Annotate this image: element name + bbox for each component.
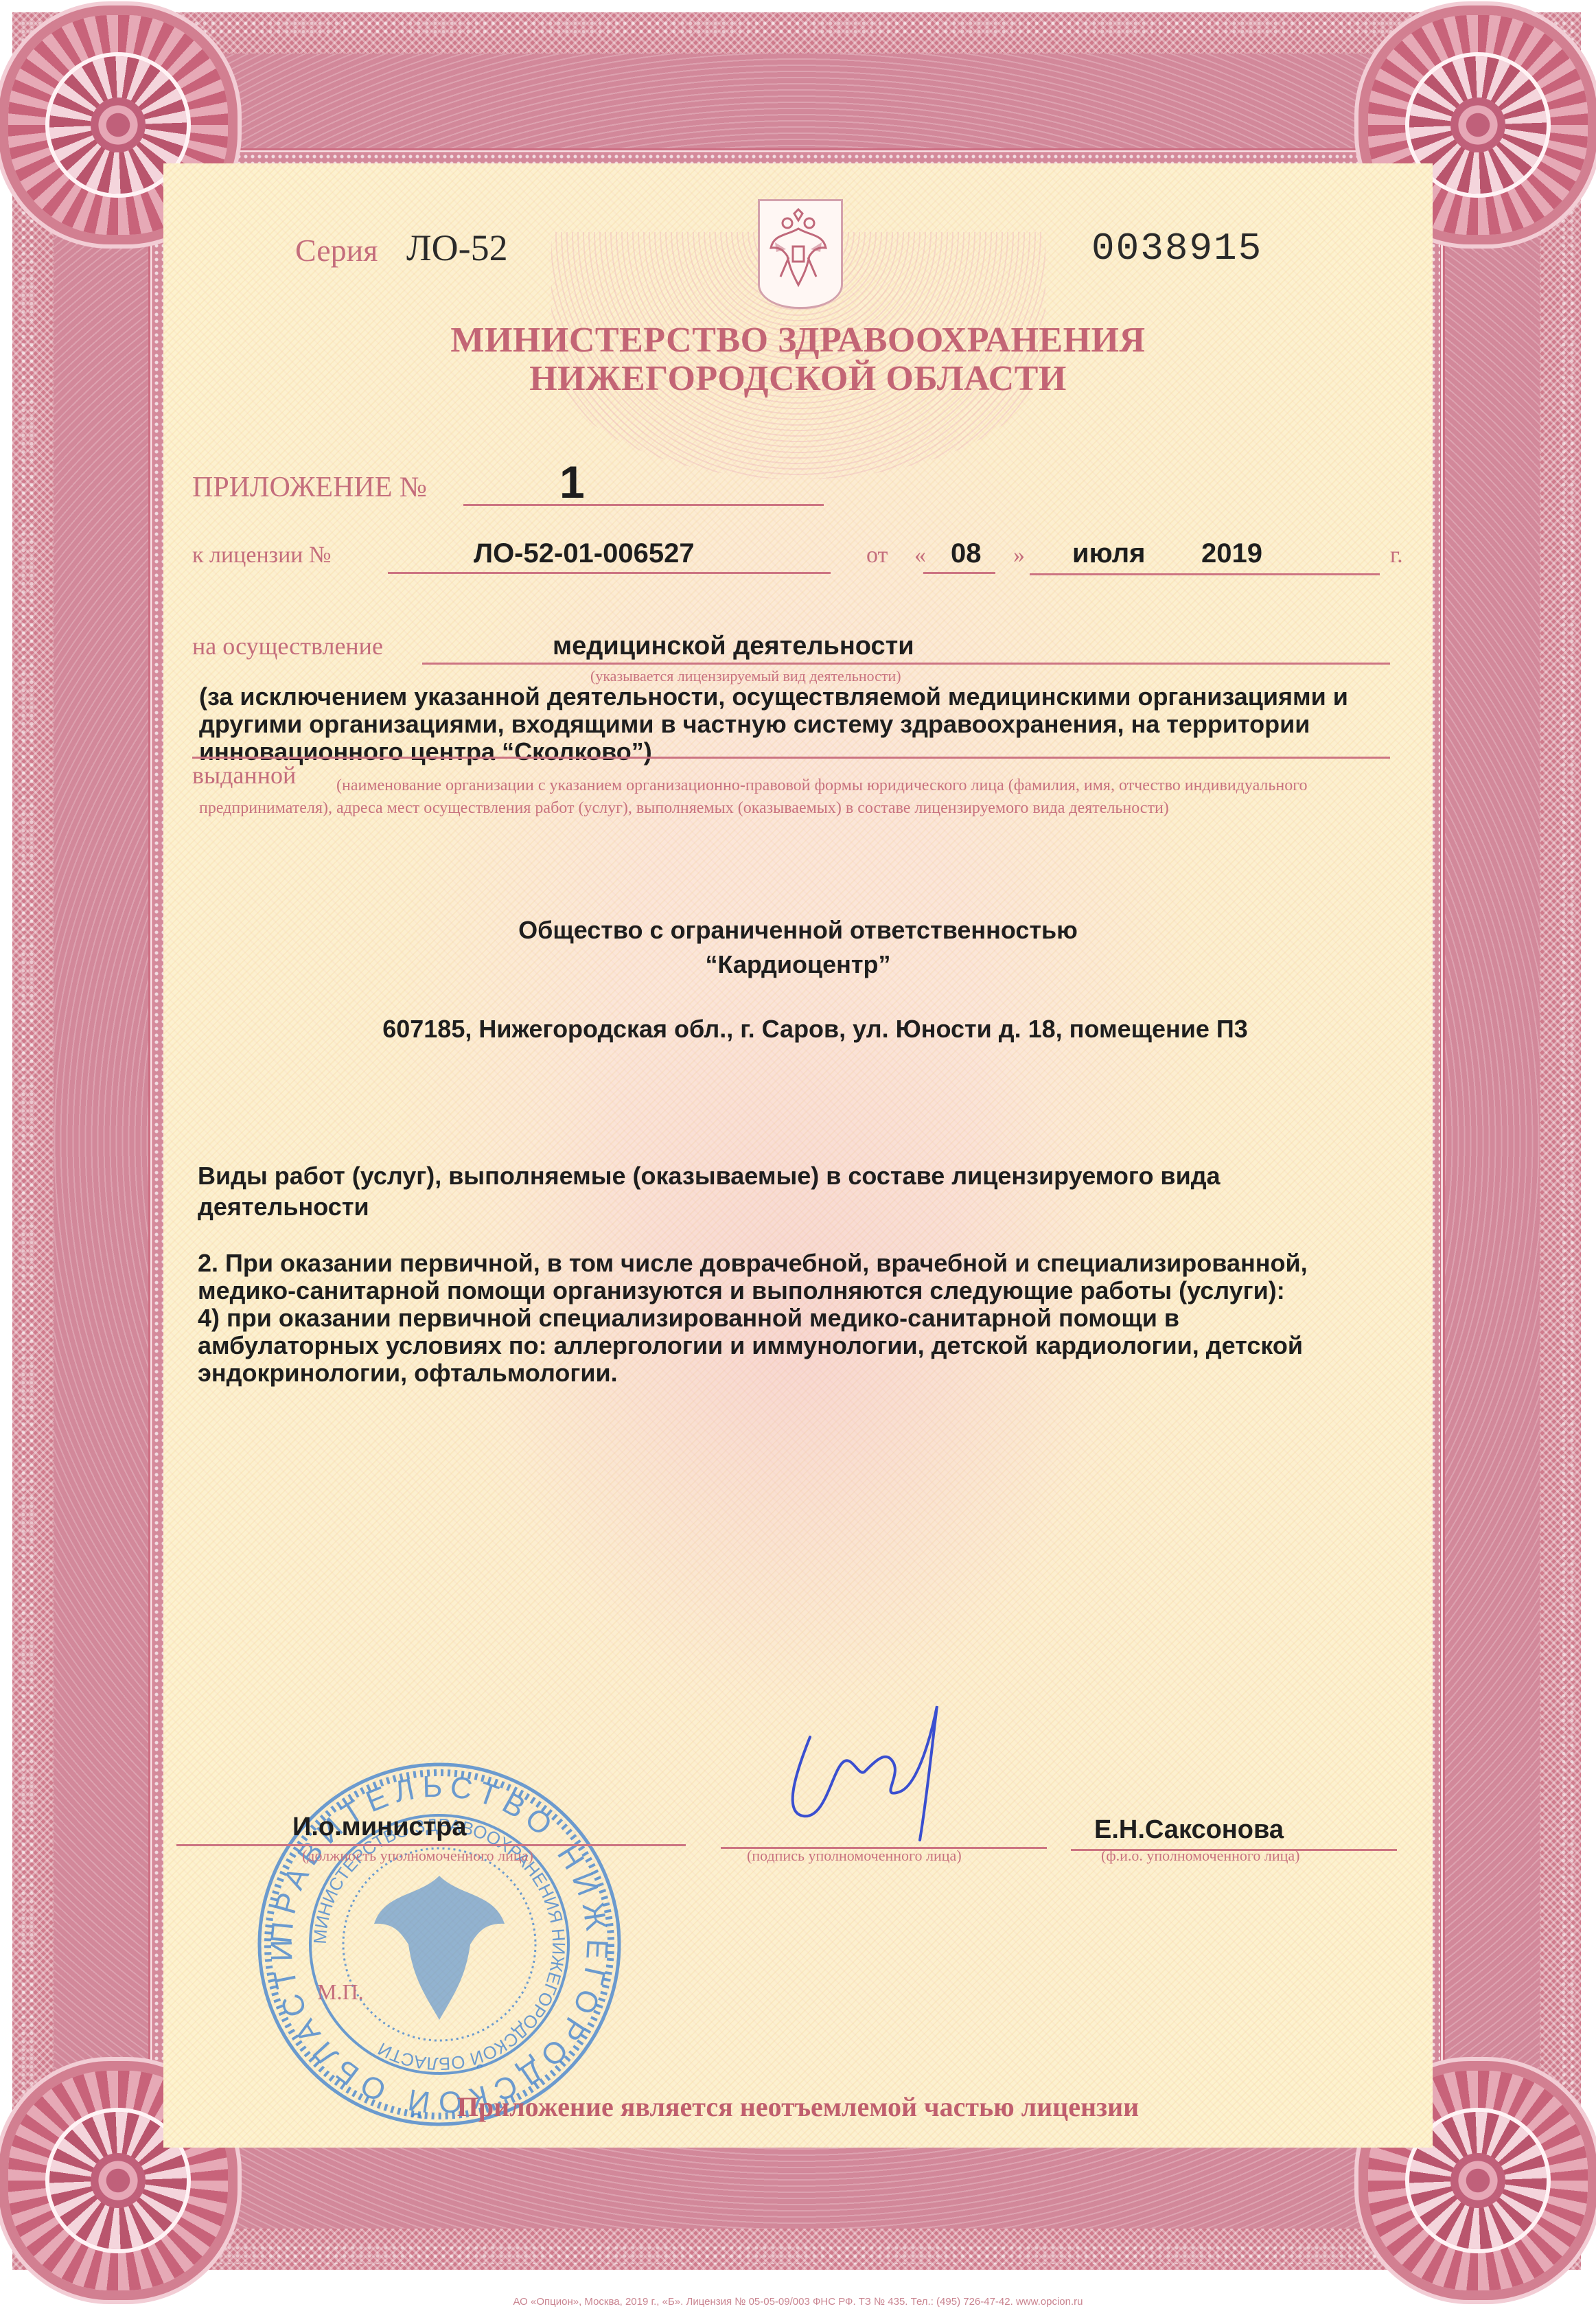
ministry-title-line1: МИНИСТЕРСТВО ЗДРАВООХРАНЕНИЯ [0,321,1596,360]
organization-name-line2: “Кардиоцентр” [0,947,1596,982]
printer-imprint: АО «Опцион», Москва, 2019 г., «Б». Лицен… [0,2296,1596,2308]
license-number: ЛО-52-01-006527 [474,538,695,569]
footer-note: Приложение является неотъемлемой частью … [0,2091,1596,2123]
organization-address: 607185, Нижегородская обл., г. Саров, ул… [0,1015,1596,1044]
signer-name: Е.Н.Саксонова [1094,1815,1284,1845]
license-number-line [388,572,831,574]
serial-number: 0038915 [1091,227,1262,271]
ministry-title-line2: НИЖЕГОРОДСКОЙ ОБЛАСТИ [0,360,1596,398]
signature-icon [755,1696,988,1850]
date-day-line [923,572,995,574]
appendix-label: ПРИЛОЖЕНИЕ № [192,471,427,504]
works-list: 2. При оказании первичной, в том числе д… [198,1250,1365,1387]
appendix-number-line [463,504,824,506]
issued-caption: (наименование организации с указанием ор… [199,774,1407,820]
organization-name-line1: Общество с ограниченной ответственностью [0,913,1596,947]
activity-exclusion: (за исключением указанной деятельности, … [199,683,1366,766]
seal-place-label: М.П. [317,1979,364,2005]
signature-caption: (подпись уполномоченного лица) [747,1847,962,1865]
activity-value: медицинской деятельности [553,632,914,661]
works-item-2: 2. При оказании первичной, в том числе д… [198,1250,1365,1304]
coat-of-arms-icon [758,199,843,309]
signer-title: И.о.министра [292,1813,467,1842]
series-label: Серия [295,232,378,268]
signer-title-caption: (должность уполномоченного лица) [302,1847,533,1865]
activity-label: на осуществление [192,632,383,660]
license-label: к лицензии № [192,542,331,568]
signer-name-caption: (ф.и.о. уполномоченного лица) [1101,1847,1300,1865]
appendix-number: 1 [559,456,585,508]
works-heading: Виды работ (услуг), выполняемые (оказыва… [198,1160,1365,1222]
works-item-4: 4) при оказании первичной специализирова… [198,1304,1365,1387]
signer-title-line [176,1844,686,1846]
activity-line [422,663,1390,665]
date-quote-close: » [1013,542,1025,568]
series-value: ЛО-52 [406,227,508,269]
date-quote-open: « [914,542,926,568]
license-date-month: июля [1072,538,1146,569]
date-from-label: от [866,542,888,568]
organization-name: Общество с ограниченной ответственностью… [0,913,1596,982]
license-date-year: 2019 [1201,538,1262,569]
license-date-day: 08 [951,538,982,569]
ministry-title: МИНИСТЕРСТВО ЗДРАВООХРАНЕНИЯ НИЖЕГОРОДСК… [0,321,1596,398]
date-month-year-line [1030,573,1380,575]
year-suffix: г. [1390,542,1403,568]
exclusion-line [192,757,1390,759]
